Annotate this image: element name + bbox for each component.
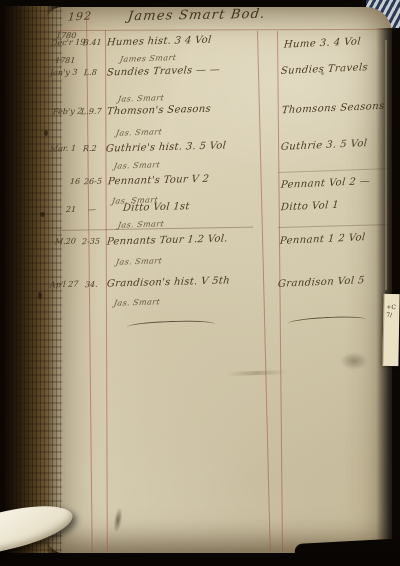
entry-pressmark: B.41 <box>83 38 102 48</box>
fly-speck <box>40 212 45 217</box>
entry-date: 21 <box>66 205 77 214</box>
photo-bottom-border <box>0 553 400 566</box>
entry-date: Feb'y 2 <box>53 106 83 116</box>
entry-signature: Jas. Smart <box>115 127 163 138</box>
fly-speck <box>44 130 48 136</box>
page-number: 192 <box>67 9 92 23</box>
entry-date: M.20 <box>55 237 77 247</box>
entry-date: Mar. 1 <box>50 144 77 154</box>
ink-smudge <box>340 352 368 370</box>
entry-signature: Jas. Smart <box>113 297 161 308</box>
fly-speck <box>38 292 42 299</box>
entry-pressmark: 26-5 <box>84 177 103 187</box>
entry-title: Ditto Vol 1st <box>122 201 190 214</box>
entry-date: Jan'y 3 <box>50 68 78 78</box>
entry-signature: Jas. Smart <box>113 160 161 171</box>
next-page-edge <box>385 40 387 290</box>
entry-pressmark: 2-35 <box>82 237 101 247</box>
entry-signature: Jas. Smart <box>117 93 165 104</box>
entry-pressmark: R.2 <box>83 144 97 153</box>
entry-pressmark: — <box>88 205 97 214</box>
entry-signature: Jas. Smart <box>117 219 165 230</box>
year-label-1781: 1781 <box>55 56 76 65</box>
borrower-name-heading: James Smart Bod. <box>127 7 267 24</box>
ledger-page-photo: 192 James Smart Bod. 1780 1781 Dec'r 19 … <box>0 0 400 566</box>
fly-speck <box>321 72 324 75</box>
entry-date: Dec'r 19 <box>51 37 86 47</box>
inserted-note-slip: +C7/ <box>382 294 399 366</box>
entry-signature: Jas. Smart <box>115 256 163 267</box>
entry-pressmark: 34. <box>85 280 98 289</box>
entry-date: Ap'l 27 <box>50 280 79 290</box>
entry-pressmark: L.8 <box>84 68 98 77</box>
entry-date: 16 <box>70 177 81 186</box>
entry-pressmark: L.9.7 <box>81 107 102 117</box>
